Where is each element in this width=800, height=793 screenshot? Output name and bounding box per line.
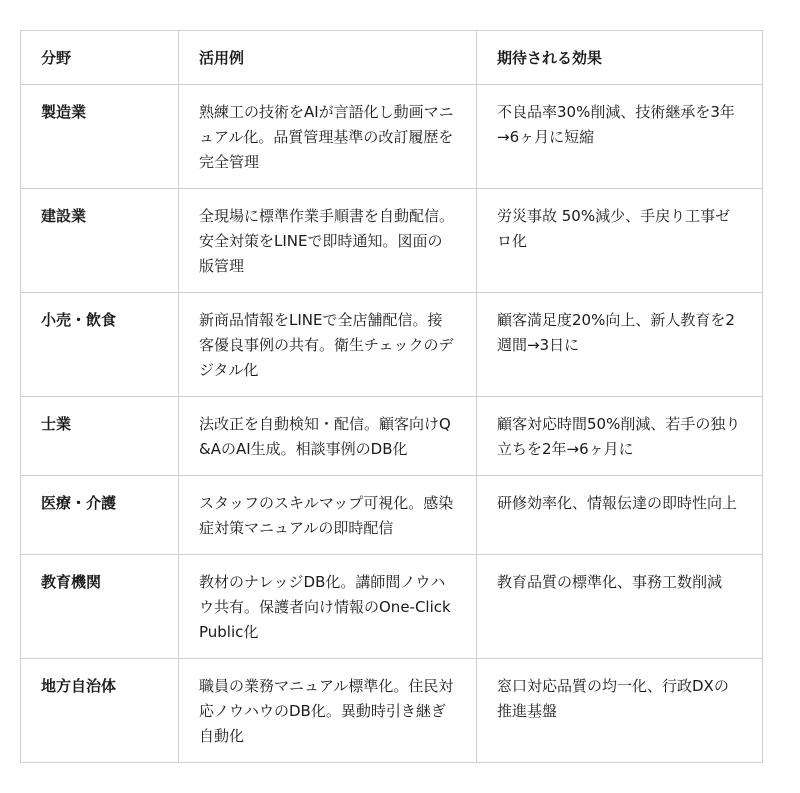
example-cell: 全現場に標準作業手順書を自動配信。安全対策をLINEで即時通知。図面の版管理: [179, 189, 477, 293]
field-cell: 製造業: [21, 85, 179, 189]
table-row: 建設業 全現場に標準作業手順書を自動配信。安全対策をLINEで即時通知。図面の版…: [21, 189, 763, 293]
field-cell: 士業: [21, 397, 179, 476]
example-cell: 新商品情報をLINEで全店舗配信。接客優良事例の共有。衛生チェックのデジタル化: [179, 293, 477, 397]
effect-cell: 労災事故 50%減少、手戻り工事ゼロ化: [477, 189, 763, 293]
effect-cell: 教育品質の標準化、事務工数削減: [477, 555, 763, 659]
field-cell: 医療・介護: [21, 476, 179, 555]
effect-cell: 顧客満足度20%向上、新人教育を2週間→3日に: [477, 293, 763, 397]
table-row: 地方自治体 職員の業務マニュアル標準化。住民対応ノウハウのDB化。異動時引き継ぎ…: [21, 659, 763, 763]
table-row: 製造業 熟練工の技術をAIが言語化し動画マニュアル化。品質管理基準の改訂履歴を完…: [21, 85, 763, 189]
usecase-table: 分野 活用例 期待される効果 製造業 熟練工の技術をAIが言語化し動画マニュアル…: [20, 30, 763, 763]
table-row: 医療・介護 スタッフのスキルマップ可視化。感染症対策マニュアルの即時配信 研修効…: [21, 476, 763, 555]
header-effect: 期待される効果: [477, 31, 763, 85]
example-cell: 熟練工の技術をAIが言語化し動画マニュアル化。品質管理基準の改訂履歴を完全管理: [179, 85, 477, 189]
table-header: 分野 活用例 期待される効果: [21, 31, 763, 85]
header-example: 活用例: [179, 31, 477, 85]
effect-cell: 研修効率化、情報伝達の即時性向上: [477, 476, 763, 555]
example-cell: 職員の業務マニュアル標準化。住民対応ノウハウのDB化。異動時引き継ぎ自動化: [179, 659, 477, 763]
example-cell: 法改正を自動検知・配信。顧客向けQ&AのAI生成。相談事例のDB化: [179, 397, 477, 476]
field-cell: 教育機関: [21, 555, 179, 659]
effect-cell: 窓口対応品質の均一化、行政DXの推進基盤: [477, 659, 763, 763]
field-cell: 小売・飲食: [21, 293, 179, 397]
field-cell: 地方自治体: [21, 659, 179, 763]
table-body: 製造業 熟練工の技術をAIが言語化し動画マニュアル化。品質管理基準の改訂履歴を完…: [21, 85, 763, 763]
example-cell: 教材のナレッジDB化。講師間ノウハウ共有。保護者向け情報のOne-Click P…: [179, 555, 477, 659]
table-row: 士業 法改正を自動検知・配信。顧客向けQ&AのAI生成。相談事例のDB化 顧客対…: [21, 397, 763, 476]
field-cell: 建設業: [21, 189, 179, 293]
header-row: 分野 活用例 期待される効果: [21, 31, 763, 85]
effect-cell: 不良品率30%削減、技術継承を3年→6ヶ月に短縮: [477, 85, 763, 189]
example-cell: スタッフのスキルマップ可視化。感染症対策マニュアルの即時配信: [179, 476, 477, 555]
table-row: 教育機関 教材のナレッジDB化。講師間ノウハウ共有。保護者向け情報のOne-Cl…: [21, 555, 763, 659]
table-row: 小売・飲食 新商品情報をLINEで全店舗配信。接客優良事例の共有。衛生チェックの…: [21, 293, 763, 397]
effect-cell: 顧客対応時間50%削減、若手の独り立ちを2年→6ヶ月に: [477, 397, 763, 476]
header-field: 分野: [21, 31, 179, 85]
